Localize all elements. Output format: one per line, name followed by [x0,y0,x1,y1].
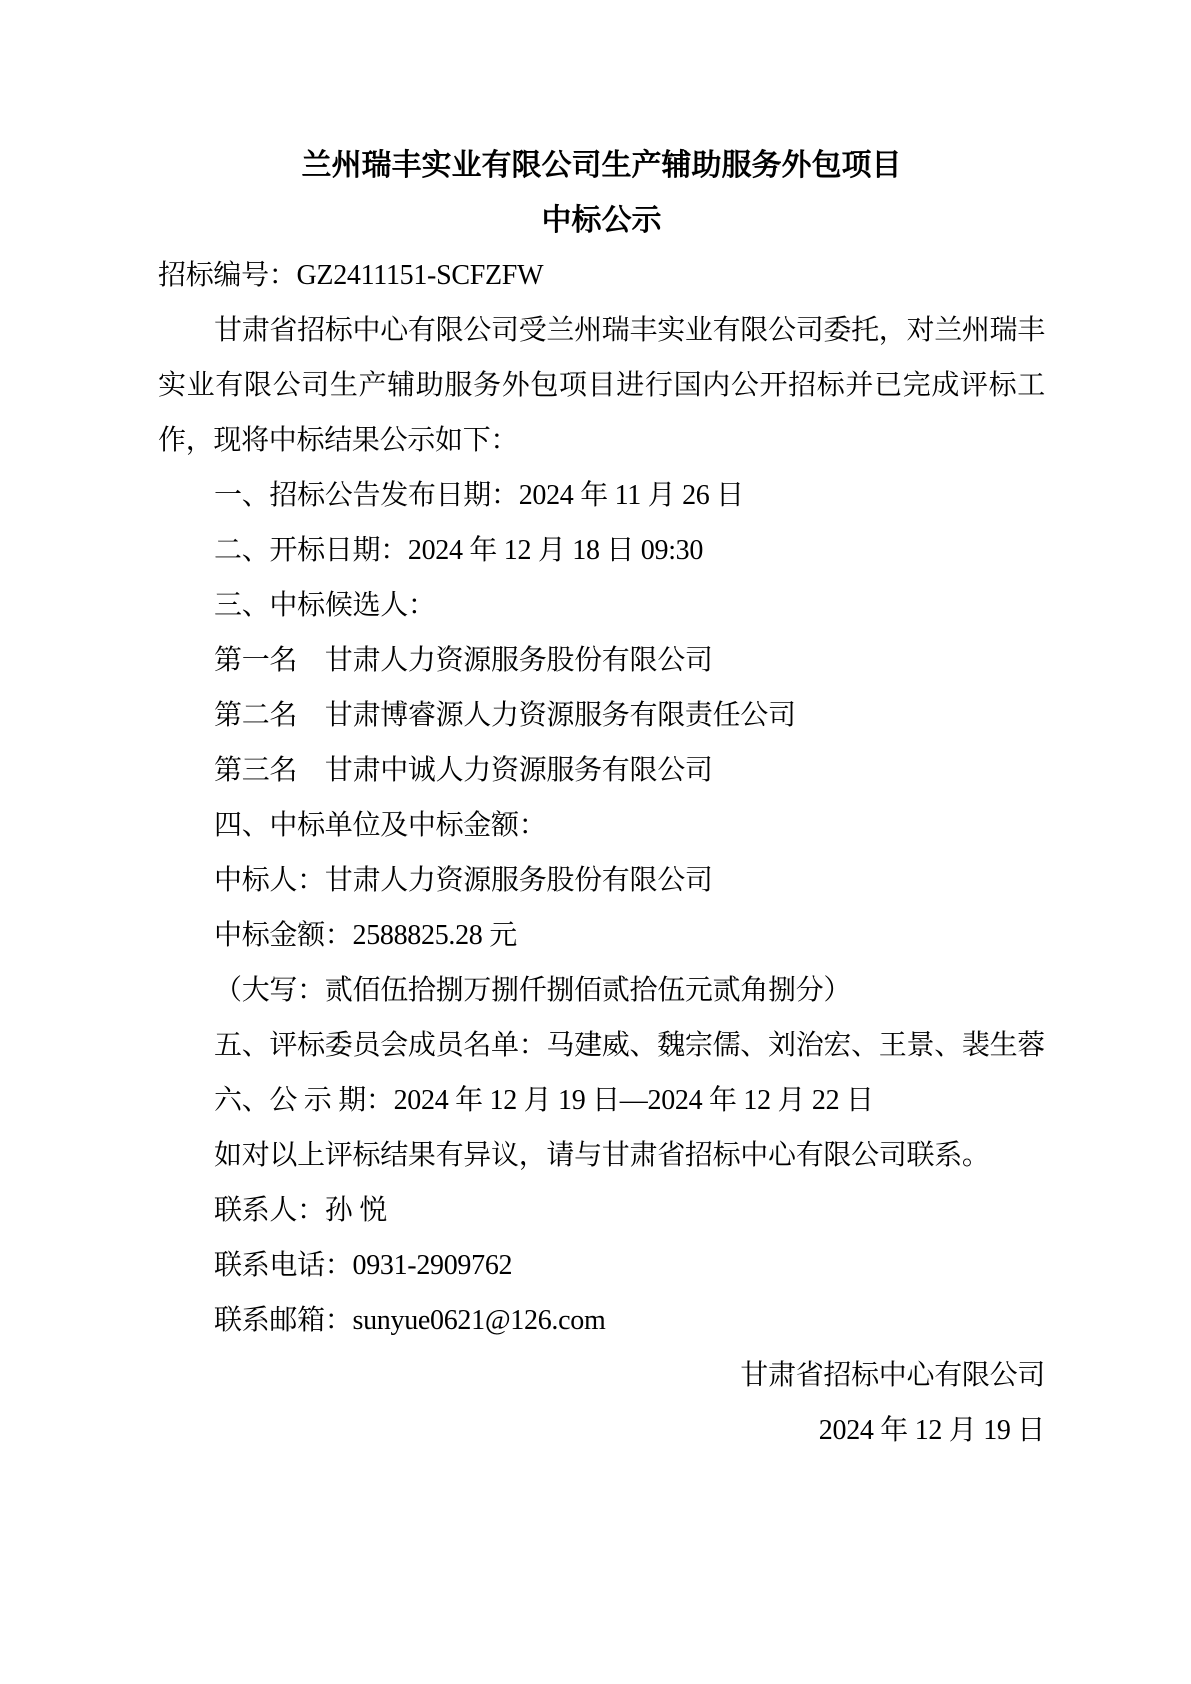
contact-email-line: 联系邮箱：sunyue0621@126.com [158,1293,1045,1348]
open-date-line: 二、开标日期：2024 年 12 月 18 日 09:30 [158,523,1045,578]
award-amount-words-line: （大写：贰佰伍拾捌万捌仟捌佰贰拾伍元贰角捌分） [158,963,1045,1018]
document-page: 兰州瑞丰实业有限公司生产辅助服务外包项目 中标公示 招标编号：GZ2411151… [0,0,1191,1684]
intro-paragraph-line-1: 甘肃省招标中心有限公司受兰州瑞丰实业有限公司委托，对兰州瑞丰 [158,303,1045,358]
contact-phone-line: 联系电话：0931-2909762 [158,1238,1045,1293]
objection-notice-line: 如对以上评标结果有异议，请与甘肃省招标中心有限公司联系。 [158,1128,1045,1183]
winner-line: 中标人：甘肃人力资源服务股份有限公司 [158,853,1045,908]
intro-paragraph-line-3: 作，现将中标结果公示如下： [158,413,1045,468]
winner-section-heading-line: 四、中标单位及中标金额： [158,798,1045,853]
award-amount-line: 中标金额：2588825.28 元 [158,908,1045,963]
signature-org-line: 甘肃省招标中心有限公司 [158,1348,1045,1403]
candidates-heading-line: 三、中标候选人： [158,578,1045,633]
bid-number-line: 招标编号：GZ2411151-SCFZFW [158,248,1045,303]
doc-subtitle: 中标公示 [158,193,1045,248]
candidate-first-line: 第一名 甘肃人力资源服务股份有限公司 [158,633,1045,688]
candidate-third-line: 第三名 甘肃中诚人力资源服务有限公司 [158,743,1045,798]
document-content: 兰州瑞丰实业有限公司生产辅助服务外包项目 中标公示 招标编号：GZ2411151… [158,138,1045,1458]
signature-date-line: 2024 年 12 月 19 日 [158,1403,1045,1458]
publicity-period-line: 六、公 示 期：2024 年 12 月 19 日—2024 年 12 月 22 … [158,1073,1045,1128]
committee-members-line: 五、评标委员会成员名单：马建威、魏宗儒、刘治宏、王景、裴生蓉 [158,1018,1045,1073]
announce-date-line: 一、招标公告发布日期：2024 年 11 月 26 日 [158,468,1045,523]
contact-person-line: 联系人：孙 悦 [158,1183,1045,1238]
candidate-second-line: 第二名 甘肃博睿源人力资源服务有限责任公司 [158,688,1045,743]
intro-paragraph-line-2: 实业有限公司生产辅助服务外包项目进行国内公开招标并已完成评标工 [158,358,1045,413]
doc-title: 兰州瑞丰实业有限公司生产辅助服务外包项目 [158,138,1045,193]
